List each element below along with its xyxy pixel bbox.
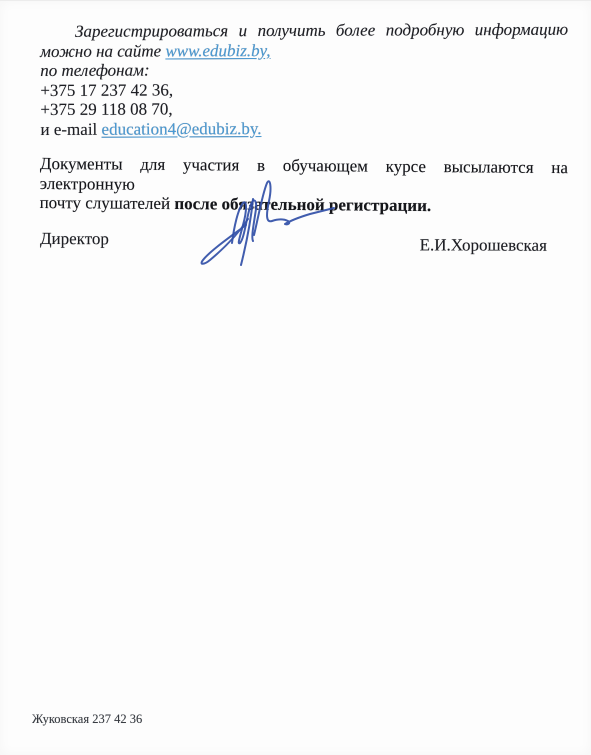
signoff-name: Е.И.Хорошевская	[420, 235, 547, 255]
intro-paragraph: Зарегистрироваться и получить более подр…	[40, 20, 569, 139]
documents-line-2-text: почту слушателей	[40, 193, 175, 213]
documents-line-2: почту слушателей после обязательной реги…	[40, 193, 568, 217]
documents-paragraph: Документы для участия в обучающем курсе …	[40, 154, 568, 217]
documents-line-1: Документы для участия в обучающем курсе …	[40, 154, 568, 197]
email-prefix: и e-mail	[40, 119, 101, 138]
intro-line-2-text: можно на сайте	[40, 41, 165, 61]
phone-number-1: +375 17 237 42 36,	[40, 78, 568, 100]
website-link[interactable]: www.edubiz.by,	[165, 40, 270, 59]
intro-line-2: можно на сайте www.edubiz.by,	[40, 39, 568, 61]
signoff-role: Директор	[40, 229, 109, 249]
phone-number-2: +375 29 118 08 70,	[40, 98, 568, 120]
intro-line-1: Зарегистрироваться и получить более подр…	[40, 20, 568, 42]
registration-required-bold-text: после обязательной регистрации.	[174, 194, 431, 215]
intro-line-3: по телефонам:	[40, 59, 568, 81]
scanned-letter-page: Зарегистрироваться и получить более подр…	[0, 0, 591, 755]
email-link[interactable]: education4@edubiz.by.	[101, 119, 261, 139]
footer-note: Жуковская 237 42 36	[32, 712, 142, 727]
signoff-row: Директор Е.И.Хорошевская	[40, 229, 568, 250]
email-line: и e-mail education4@edubiz.by.	[40, 117, 568, 139]
letter-body: Зарегистрироваться и получить более подр…	[40, 22, 568, 248]
